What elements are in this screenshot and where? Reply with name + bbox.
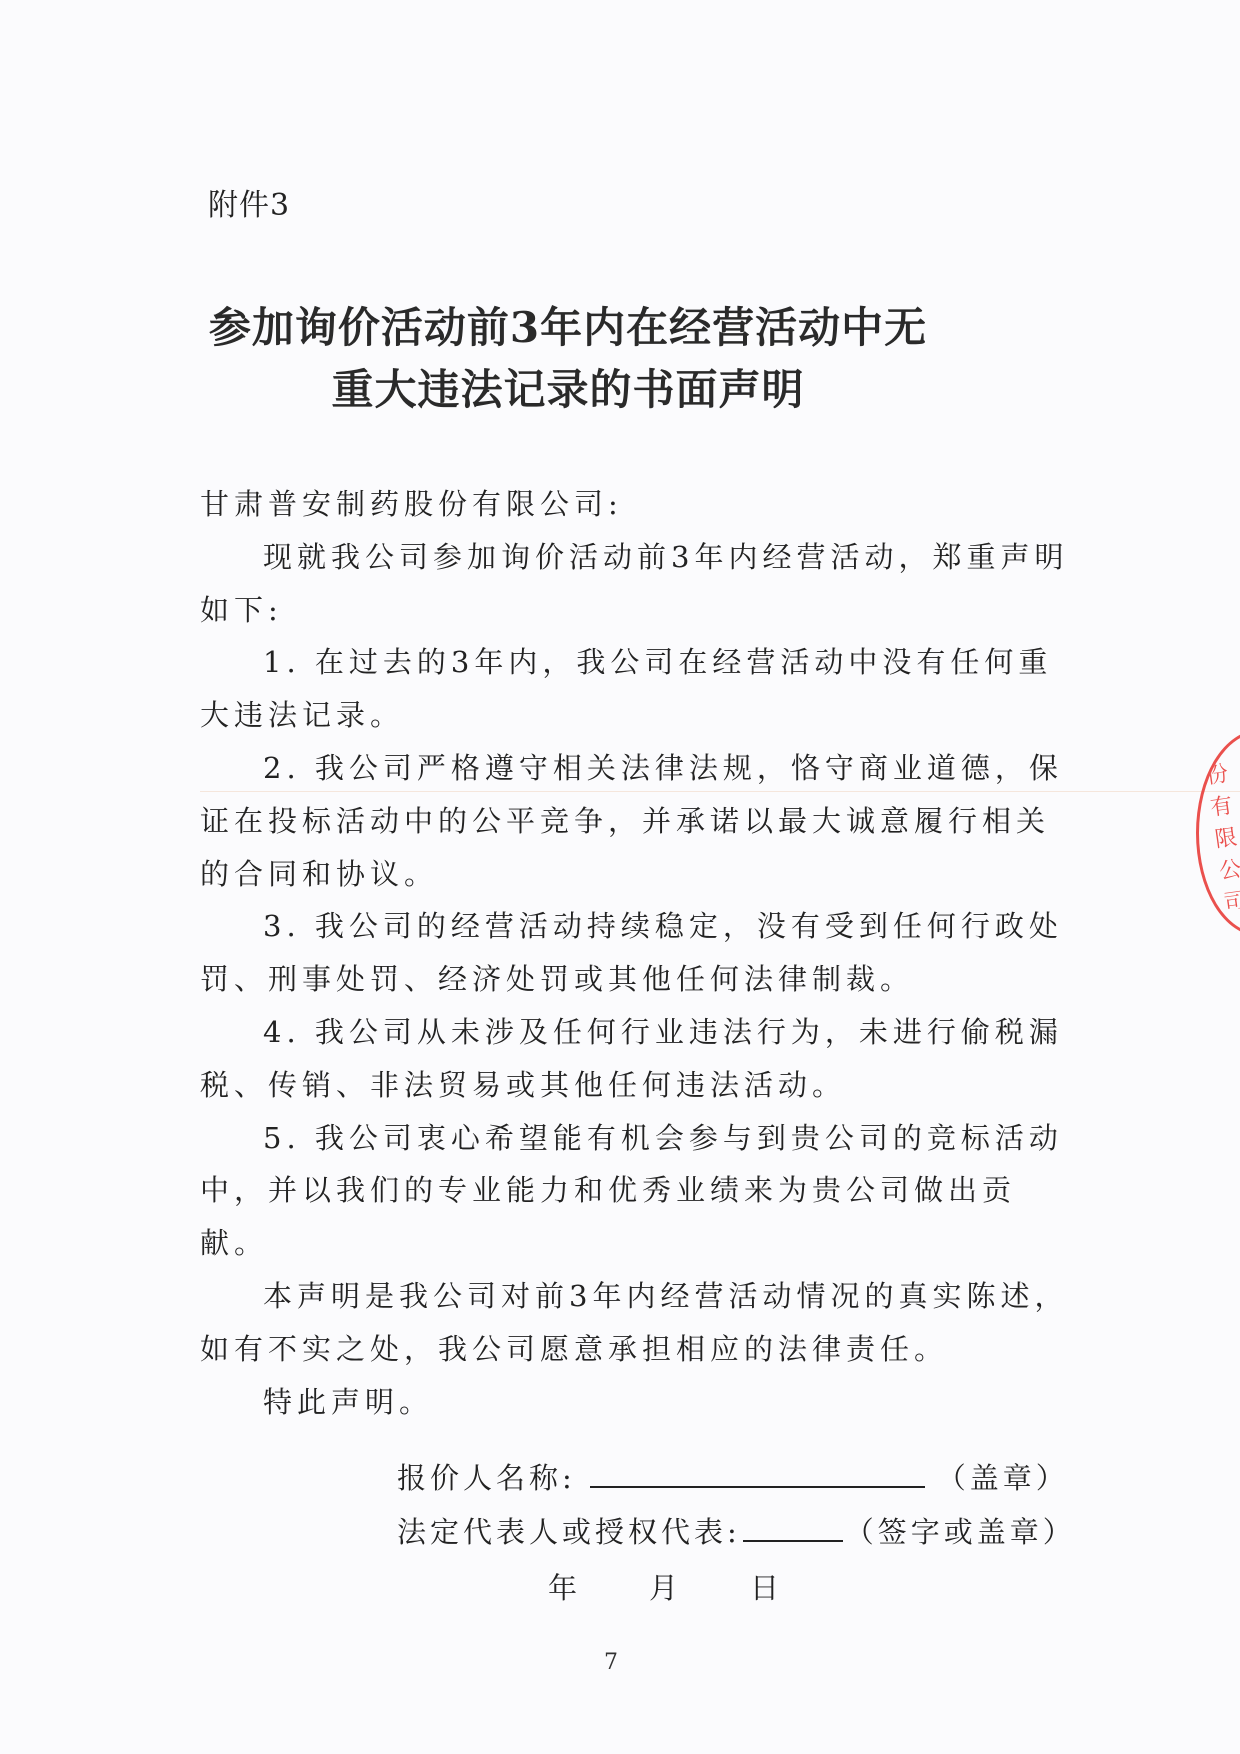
page-number: 7: [0, 1650, 1231, 1675]
date-line: 年月日: [548, 1566, 779, 1607]
clause-3: 3. 我公司的经营活动持续稳定，没有受到任何行政处罚、刑事处罚、经济处罚或其他任…: [200, 900, 1070, 1006]
date-month: 月: [649, 1566, 678, 1607]
intro-paragraph: 现就我公司参加询价活动前3年内经营活动，郑重声明如下:: [200, 531, 1070, 637]
date-day: 日: [750, 1566, 779, 1607]
bidder-name-label: 报价人名称:: [397, 1461, 576, 1495]
company-seal-stamp: 份有限公司: [1196, 730, 1240, 936]
clause-2: 2. 我公司严格遵守相关法律法规，恪守商业道德，保证在投标活动中的公平竞争，并承…: [200, 742, 1070, 900]
representative-line: 法定代表人或授权代表:（签字或盖章）: [397, 1510, 1076, 1551]
representative-label: 法定代表人或授权代表:: [397, 1515, 741, 1549]
representative-blank[interactable]: [743, 1514, 843, 1542]
clause-5: 5. 我公司衷心希望能有机会参与到贵公司的竞标活动中，并以我们的专业能力和优秀业…: [200, 1112, 1070, 1270]
document-title-line-1: 参加询价活动前3年内在经营活动中无: [0, 295, 1188, 355]
document-page: 附件3 参加询价活动前3年内在经营活动中无 重大违法记录的书面声明 甘肃普安制药…: [0, 0, 1240, 1754]
closing-statement: 本声明是我公司对前3年内经营活动情况的真实陈述，如有不实之处，我公司愿意承担相应…: [200, 1270, 1070, 1376]
document-title-line-2: 重大违法记录的书面声明: [0, 357, 1188, 417]
document-body: 甘肃普安制药股份有限公司: 现就我公司参加询价活动前3年内经营活动，郑重声明如下…: [200, 478, 1070, 1428]
bidder-name-line: 报价人名称:（盖章）: [397, 1456, 1069, 1497]
clause-4: 4. 我公司从未涉及任何行业违法行为，未进行偷税漏税、传销、非法贸易或其他任何违…: [200, 1006, 1070, 1112]
representative-sign-note: （签字或盖章）: [845, 1515, 1076, 1549]
bidder-name-blank[interactable]: [590, 1460, 925, 1488]
date-year: 年: [548, 1566, 577, 1607]
addressee: 甘肃普安制药股份有限公司:: [200, 478, 1070, 531]
attachment-label: 附件3: [208, 180, 290, 224]
bidder-seal-note: （盖章）: [937, 1461, 1069, 1495]
clause-1: 1. 在过去的3年内，我公司在经营活动中没有任何重大违法记录。: [200, 636, 1070, 742]
declaration-end: 特此声明。: [200, 1376, 1070, 1429]
stamp-text: 份有限公司: [1204, 758, 1240, 920]
